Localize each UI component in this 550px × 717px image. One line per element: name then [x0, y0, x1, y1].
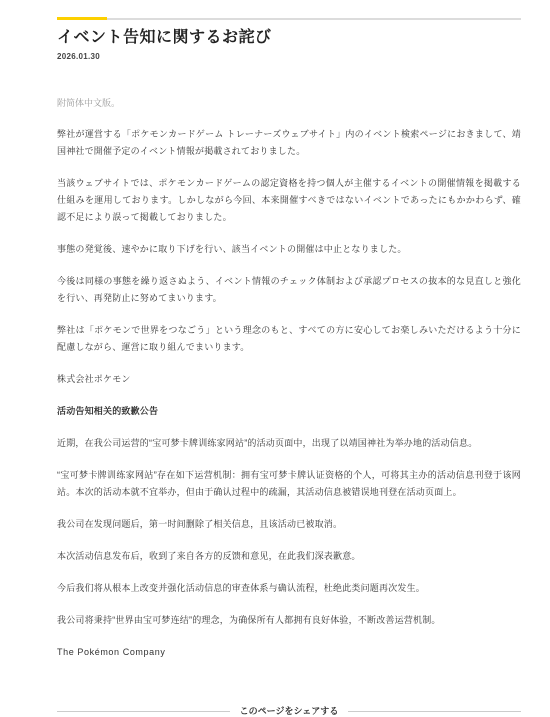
- chinese-heading: 活动告知相关的致歉公告: [57, 403, 521, 420]
- cn-paragraph: 我公司在发现问题后，第一时间删除了相关信息，且该活动已被取消。: [57, 516, 521, 533]
- ja-paragraph: 弊社は「ポケモンで世界をつなごう」という理念のもと、すべての方に安心してお楽しみ…: [57, 322, 521, 356]
- share-section-label: このページをシェアする: [230, 705, 349, 717]
- cn-paragraph: “宝可梦卡牌训练家网站”存在如下运营机制：拥有宝可梦卡牌认证资格的个人，可将其主…: [57, 467, 521, 501]
- accent-bar: [57, 17, 107, 20]
- page-title: イベント告知に関するお詫び: [57, 29, 521, 47]
- divider-line: [107, 18, 521, 20]
- title-divider: [57, 17, 521, 20]
- publish-date: 2026.01.30: [57, 52, 521, 61]
- company-signature-en: The Pokémon Company: [57, 644, 521, 661]
- share-divider-right: [348, 711, 521, 712]
- company-signature-ja: 株式会社ポケモン: [57, 371, 521, 388]
- cn-paragraph: 我公司将秉持“世界由宝可梦连结”的理念，为确保所有人都拥有良好体验，不断改善运营…: [57, 612, 521, 629]
- ja-paragraph: 弊社が運営する「ポケモンカードゲーム トレーナーズウェブサイト」内のイベント検索…: [57, 126, 521, 160]
- language-note: 附简体中文版。: [57, 98, 521, 108]
- ja-paragraph: 今後は同様の事態を繰り返さぬよう、イベント情報のチェック体制および承認プロセスの…: [57, 273, 521, 307]
- share-section: このページをシェアする: [57, 705, 521, 717]
- cn-paragraph: 近期，在我公司运营的“宝可梦卡牌训练家网站”的活动页面中，出现了以靖国神社为举办…: [57, 435, 521, 452]
- cn-paragraph: 今后我们将从根本上改变并强化活动信息的审查体系与确认流程，杜绝此类问题再次发生。: [57, 580, 521, 597]
- share-divider-left: [57, 711, 230, 712]
- ja-paragraph: 当該ウェブサイトでは、ポケモンカードゲームの認定資格を持つ個人が主催するイベント…: [57, 175, 521, 226]
- ja-paragraph: 事態の発覚後、速やかに取り下げを行い、該当イベントの開催は中止となりました。: [57, 241, 521, 258]
- article-page: イベント告知に関するお詫び 2026.01.30 附简体中文版。 弊社が運営する…: [0, 0, 550, 717]
- cn-paragraph: 本次活动信息发布后，收到了来自各方的反馈和意见，在此我们深表歉意。: [57, 548, 521, 565]
- article-body: 弊社が運営する「ポケモンカードゲーム トレーナーズウェブサイト」内のイベント検索…: [57, 126, 521, 661]
